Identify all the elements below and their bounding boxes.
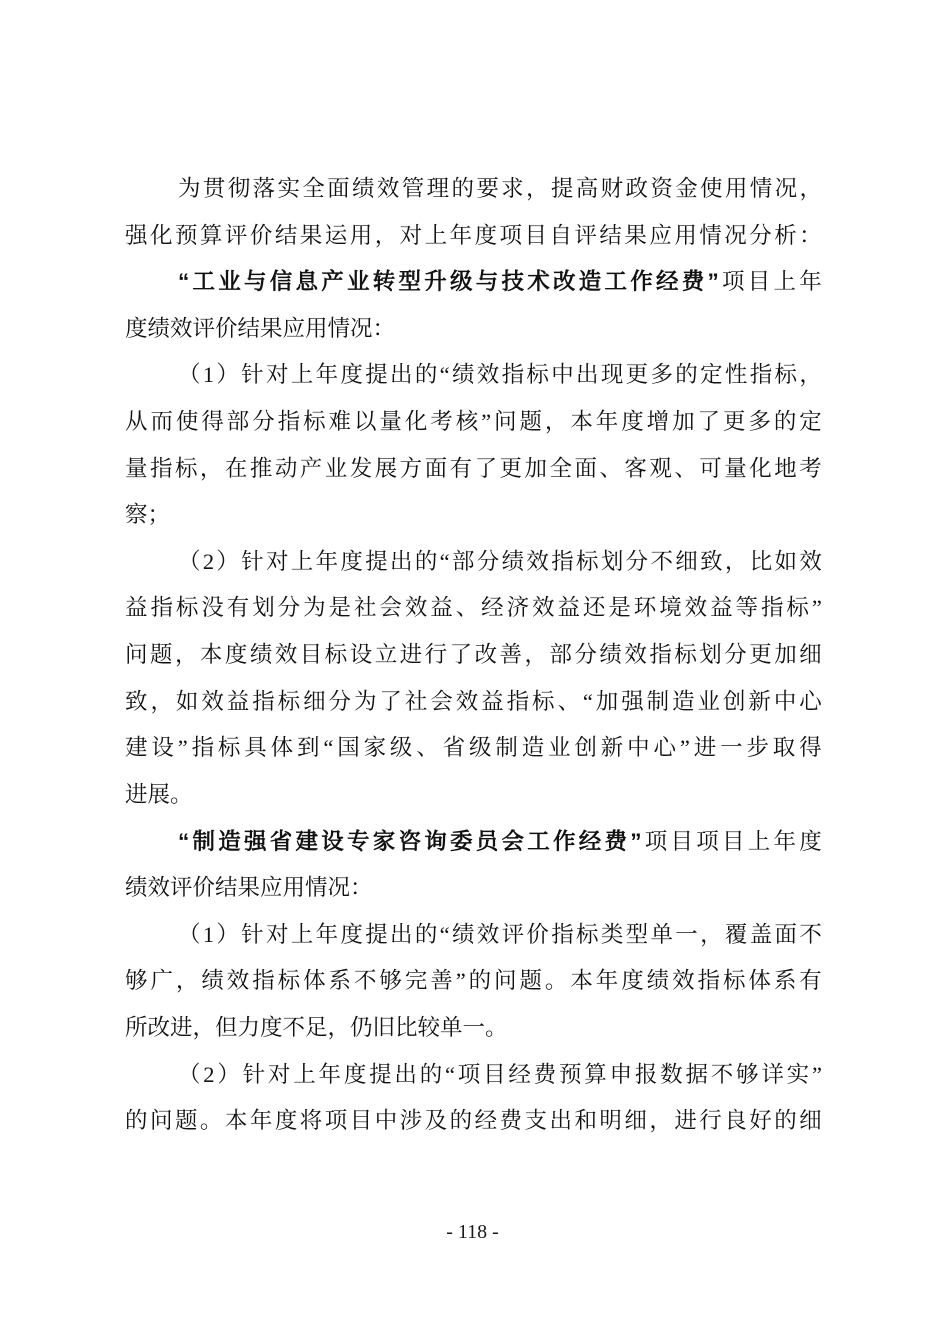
char: ， (799, 166, 822, 213)
char: 度 (340, 912, 363, 959)
char: 本 (570, 399, 593, 446)
char: 业 (548, 725, 571, 772)
char: “ (583, 679, 593, 726)
text-line: 度绩效评价结果应用情况： (125, 306, 822, 353)
char: 上 (291, 352, 314, 399)
char: 制 (647, 679, 670, 726)
char: 分 (477, 539, 500, 586)
char: 况 (724, 213, 747, 260)
char: 年 (316, 352, 339, 399)
char: 1 (203, 912, 214, 959)
char: 本 (200, 632, 223, 679)
char: 分 (574, 632, 597, 679)
char: 行 (699, 1098, 722, 1145)
char: 本 (570, 958, 593, 1005)
char: ， (375, 213, 398, 260)
text-line: 建设”指标具体到“国家级、省级制造业创新中心”进一步取得 (125, 725, 822, 772)
char: 系 (329, 958, 352, 1005)
char: 题 (519, 958, 542, 1005)
char: 度 (621, 399, 644, 446)
bold-char: 家 (373, 819, 396, 866)
char: 对 (268, 1052, 291, 1099)
char: ， (150, 679, 173, 726)
char: 加 (672, 399, 695, 446)
char: 效 (624, 632, 647, 679)
bold-char: 造 (579, 259, 602, 306)
char: 价 (250, 213, 273, 260)
text-line: 强化预算评价结果运用，对上年度项目自评结果应用情况分析： (125, 213, 822, 260)
char: ” (178, 725, 188, 772)
char: 比 (750, 539, 773, 586)
char: 的 (675, 352, 698, 399)
char: 中 (774, 679, 797, 726)
char: （ (178, 539, 201, 586)
char: 提 (365, 912, 388, 959)
char: 出 (549, 1098, 572, 1145)
char: 支 (525, 1098, 548, 1145)
text-line: （1）针对上年度提出的“绩效评价指标类型单一，覆盖面不 (125, 912, 822, 959)
page-footer: - 118 - (0, 1218, 945, 1246)
char: 一 (675, 912, 698, 959)
char: 制 (495, 725, 518, 772)
char: 绩 (352, 166, 375, 213)
char: 核 (456, 399, 479, 446)
char: 更 (749, 632, 772, 679)
char: 使 (176, 399, 199, 446)
char: 及 (425, 1098, 448, 1145)
bold-char: 工 (527, 819, 550, 866)
text-line: 致，如效益指标细分为了社会效益指标、“加强制造业创新中心 (125, 679, 822, 726)
char: 绩 (599, 632, 622, 679)
document-page: 为贯彻落实全面绩效管理的要求，提高财政资金使用情况，强化预算评价结果运用，对上年… (0, 0, 945, 1336)
bold-char: ” (630, 819, 641, 866)
char: 强 (621, 679, 644, 726)
char: 和 (574, 1098, 597, 1145)
char: 用 (674, 213, 697, 260)
char: 客 (624, 446, 647, 493)
char: 问 (494, 958, 517, 1005)
char: 出 (390, 352, 413, 399)
char: 预 (175, 213, 198, 260)
char: 实 (277, 166, 300, 213)
char: 在 (225, 446, 248, 493)
char: 类 (601, 912, 624, 959)
char: ） (217, 1052, 240, 1099)
char: ， (526, 166, 549, 213)
char: 益 (125, 585, 148, 632)
char: 效 (377, 166, 400, 213)
bold-char: 与 (476, 259, 499, 306)
bold-char: 信 (270, 259, 293, 306)
char: 造 (672, 679, 695, 726)
char: 管 (402, 166, 425, 213)
char: 效 (532, 585, 555, 632)
char: 化 (749, 446, 772, 493)
text-line: 益指标没有划分为是社会效益、经济效益还是环境效益等指标” (125, 585, 822, 632)
char: “ (445, 1052, 455, 1099)
char: 、 (599, 446, 622, 493)
char: 指 (278, 399, 301, 446)
bold-char: 造 (218, 819, 241, 866)
char: 等 (736, 585, 759, 632)
char: 为 (303, 585, 326, 632)
char: 析 (774, 213, 797, 260)
bold-char: 制 (192, 819, 215, 866)
char: 益 (430, 585, 453, 632)
char: 标 (532, 679, 555, 726)
char: 效 (799, 539, 822, 586)
text-line: “工业与信息产业转型升级与技术改造工作经费”项目上年 (125, 259, 822, 306)
char: 年 (319, 1052, 342, 1099)
char: ” (481, 399, 491, 446)
char: 目 (350, 1098, 373, 1145)
char: 新 (601, 725, 624, 772)
char: 出 (394, 1052, 417, 1099)
char: 标 (723, 958, 746, 1005)
char: 社 (405, 679, 428, 726)
char: 项 (325, 1098, 348, 1145)
char: 会 (379, 585, 402, 632)
char: 不 (711, 1052, 734, 1099)
char: 造 (522, 725, 545, 772)
char: 绩 (452, 912, 475, 959)
bold-char: ” (707, 259, 718, 306)
bold-char: 业 (347, 259, 370, 306)
char: 为 (178, 166, 201, 213)
char: ） (216, 912, 239, 959)
bold-char: 作 (553, 819, 576, 866)
char: 划 (699, 632, 722, 679)
char: 评 (225, 213, 248, 260)
char: ， (700, 912, 723, 959)
char: 面 (327, 166, 350, 213)
char: 了 (475, 446, 498, 493)
char: 效 (405, 585, 428, 632)
char: ， (200, 446, 223, 493)
bold-char: 转 (373, 259, 396, 306)
char: 度 (344, 1052, 367, 1099)
char: 。 (545, 958, 568, 1005)
char: 使 (700, 166, 723, 213)
char: 发 (350, 446, 373, 493)
char: 体 (748, 958, 771, 1005)
char: 为 (354, 679, 377, 726)
char: 是 (608, 585, 631, 632)
char: 分 (749, 213, 772, 260)
char: 要 (476, 166, 499, 213)
char: 如 (775, 539, 798, 586)
char: 绩 (647, 958, 670, 1005)
text-line: 进展。 (125, 772, 822, 819)
char: 部 (549, 632, 572, 679)
char: ， (799, 352, 822, 399)
bold-char: 设 (321, 819, 344, 866)
char: 强 (125, 213, 148, 260)
char: 细 (675, 539, 698, 586)
char: 标 (218, 725, 241, 772)
char: 良 (724, 1098, 747, 1145)
char: 面 (775, 912, 798, 959)
char: 绩 (201, 958, 224, 1005)
char: 体 (303, 958, 326, 1005)
char: 度 (340, 539, 363, 586)
text-line: 绩效评价结果应用情况： (125, 865, 822, 912)
char: 绩 (502, 539, 525, 586)
char: 细 (799, 1098, 822, 1145)
char: ” (812, 585, 822, 632)
char: 用 (725, 166, 748, 213)
char: 对 (266, 912, 289, 959)
char: 效 (477, 912, 500, 959)
char: 心 (654, 725, 677, 772)
char: 针 (241, 352, 264, 399)
char: ” (456, 958, 466, 1005)
char: 标 (576, 539, 599, 586)
char: 化 (150, 213, 173, 260)
char: 提 (365, 352, 388, 399)
char: 会 (430, 679, 453, 726)
char: 善 (500, 632, 523, 679)
char: ” (812, 1052, 822, 1099)
char: 的 (774, 399, 797, 446)
char: 度 (799, 819, 822, 866)
char: 上 (773, 259, 796, 306)
char: 部 (452, 539, 475, 586)
bold-char: 会 (501, 819, 524, 866)
bold-char: 级 (450, 259, 473, 306)
char: 现 (601, 352, 624, 399)
char: 改 (475, 632, 498, 679)
char: 的 (125, 1098, 148, 1145)
char: 中 (551, 352, 574, 399)
char: 有 (799, 958, 822, 1005)
char: 标 (176, 585, 199, 632)
char: 实 (787, 1052, 810, 1099)
char: 环 (634, 585, 657, 632)
char: 增 (647, 399, 670, 446)
char: 理 (427, 166, 450, 213)
char: ） (216, 352, 239, 399)
char: 的 (451, 166, 474, 213)
char: ： (799, 213, 822, 260)
char: 分 (252, 399, 275, 446)
char: 效 (685, 585, 708, 632)
bold-char: 咨 (398, 819, 421, 866)
char: 益 (710, 585, 733, 632)
char: 效 (201, 679, 224, 726)
char: 评 (502, 912, 525, 959)
char: 社 (354, 585, 377, 632)
char: 1 (203, 352, 214, 399)
char: 更 (500, 446, 523, 493)
char: 算 (200, 213, 223, 260)
char: 详 (761, 1052, 784, 1099)
char: 情 (699, 213, 722, 260)
char: 是 (329, 585, 352, 632)
char: 得 (799, 725, 822, 772)
char: 量 (125, 446, 148, 493)
char: 度 (340, 352, 363, 399)
char: 全 (549, 446, 572, 493)
char: 结 (275, 213, 298, 260)
char: 经 (508, 1052, 531, 1099)
char: 资 (650, 166, 673, 213)
char: 了 (450, 632, 473, 679)
char: 分 (626, 539, 649, 586)
char: 中 (375, 1098, 398, 1145)
bold-char: 与 (244, 259, 267, 306)
char: 难 (329, 399, 352, 446)
char: 用 (350, 213, 373, 260)
char: 的 (415, 539, 438, 586)
char: 而 (150, 399, 173, 446)
char: 指 (551, 539, 574, 586)
char: 目 (722, 819, 745, 866)
char: （ (178, 352, 201, 399)
char: 了 (698, 399, 721, 446)
bold-char: 强 (244, 819, 267, 866)
char: 绩 (250, 632, 273, 679)
char: 善 (430, 958, 453, 1005)
char: 标 (303, 399, 326, 446)
char: 细 (303, 679, 326, 726)
text-line: 察； (125, 492, 822, 539)
text-line: 量指标，在推动产业发展方面有了更加全面、客观、可量化地考 (125, 446, 822, 493)
char: 上 (291, 912, 314, 959)
char: 量 (724, 446, 747, 493)
char: 细 (799, 632, 822, 679)
char: 分 (278, 585, 301, 632)
char: 情 (750, 166, 773, 213)
char: 更 (723, 399, 746, 446)
char: “ (440, 352, 450, 399)
bold-char: 改 (553, 259, 576, 306)
bold-char: 费 (604, 819, 627, 866)
char: 项 (696, 819, 719, 866)
char: 题 (150, 632, 173, 679)
char: 划 (601, 539, 624, 586)
bold-char: 询 (424, 819, 447, 866)
bold-char: 工 (192, 259, 215, 306)
char: 目 (483, 1052, 506, 1099)
char: 的 (415, 352, 438, 399)
char: 分 (724, 632, 747, 679)
char: “ (323, 725, 333, 772)
char: 、 (674, 446, 697, 493)
char: 题 (519, 399, 542, 446)
char: 定 (700, 352, 723, 399)
char: 标 (526, 352, 549, 399)
char: 指 (750, 352, 773, 399)
char: 项 (645, 819, 668, 866)
char: 运 (325, 213, 348, 260)
char: 进 (694, 725, 717, 772)
char: 从 (125, 399, 148, 446)
bold-char: 经 (656, 259, 679, 306)
text-line: 的问题。本年度将项目中涉及的经费支出和明细，进行良好的细 (125, 1098, 822, 1145)
char: 级 (390, 725, 413, 772)
char: 创 (723, 679, 746, 726)
char: 推 (250, 446, 273, 493)
char: 出 (390, 912, 413, 959)
char: 、 (416, 725, 439, 772)
char: 益 (557, 585, 580, 632)
text-line: （1）针对上年度提出的“绩效指标中出现更多的定性指标， (125, 352, 822, 399)
char: 年 (596, 958, 619, 1005)
char: 考 (430, 399, 453, 446)
char: 行 (425, 632, 448, 679)
char: 指 (192, 725, 215, 772)
char: 年 (596, 399, 619, 446)
char: 针 (243, 1052, 266, 1099)
char: 取 (773, 725, 796, 772)
document-body: 为贯彻落实全面绩效管理的要求，提高财政资金使用情况，强化预算评价结果运用，对上年… (125, 166, 822, 1145)
char: ， (175, 632, 198, 679)
text: 所改进，但力度不足，仍旧比较单一。 (125, 1015, 508, 1040)
char: 观 (649, 446, 672, 493)
char: 了 (379, 679, 402, 726)
char: 本 (225, 1098, 248, 1145)
char: 度 (475, 213, 498, 260)
char: 体 (271, 725, 294, 772)
char: 指 (252, 958, 275, 1005)
char: 性 (725, 352, 748, 399)
text-line: “制造强省建设专家咨询委员会工作经费”项目项目上年度 (125, 819, 822, 866)
char: 求 (501, 166, 524, 213)
char: 进 (400, 632, 423, 679)
char: 系 (774, 958, 797, 1005)
bold-char: 息 (295, 259, 318, 306)
char: ” (680, 725, 690, 772)
char: 够 (379, 958, 402, 1005)
bold-char: 业 (218, 259, 241, 306)
char: 指 (507, 679, 530, 726)
char: 效 (672, 958, 695, 1005)
text: 进展。 (125, 782, 193, 807)
char: 还 (583, 585, 606, 632)
text-line: 所改进，但力度不足，仍旧比较单一。 (125, 1005, 822, 1052)
char: 多 (748, 399, 771, 446)
char: 经 (475, 1098, 498, 1145)
char: 立 (375, 632, 398, 679)
char: 更 (626, 352, 649, 399)
char: 数 (660, 1052, 683, 1099)
text: 度绩效评价结果应用情况： (125, 316, 395, 341)
text-line: 够广，绩效指标体系不够完善”的问题。本年度绩效指标体系有 (125, 958, 822, 1005)
char: 具 (244, 725, 267, 772)
char: 申 (610, 1052, 633, 1099)
text: 察； (125, 502, 170, 527)
char: 题 (175, 1098, 198, 1145)
char: 效 (227, 958, 250, 1005)
char: 费 (534, 1052, 557, 1099)
char: 果 (300, 213, 323, 260)
char: 指 (551, 912, 574, 959)
char: 指 (252, 679, 275, 726)
char: 细 (624, 1098, 647, 1145)
char: 划 (252, 585, 275, 632)
char: 考 (799, 446, 822, 493)
char: 部 (227, 399, 250, 446)
char: 加 (596, 679, 619, 726)
char: 指 (150, 585, 173, 632)
char: 项 (722, 259, 745, 306)
char: 预 (559, 1052, 582, 1099)
bold-char: 产 (321, 259, 344, 306)
char: 的 (415, 912, 438, 959)
char: 可 (699, 446, 722, 493)
char: 的 (450, 1098, 473, 1145)
